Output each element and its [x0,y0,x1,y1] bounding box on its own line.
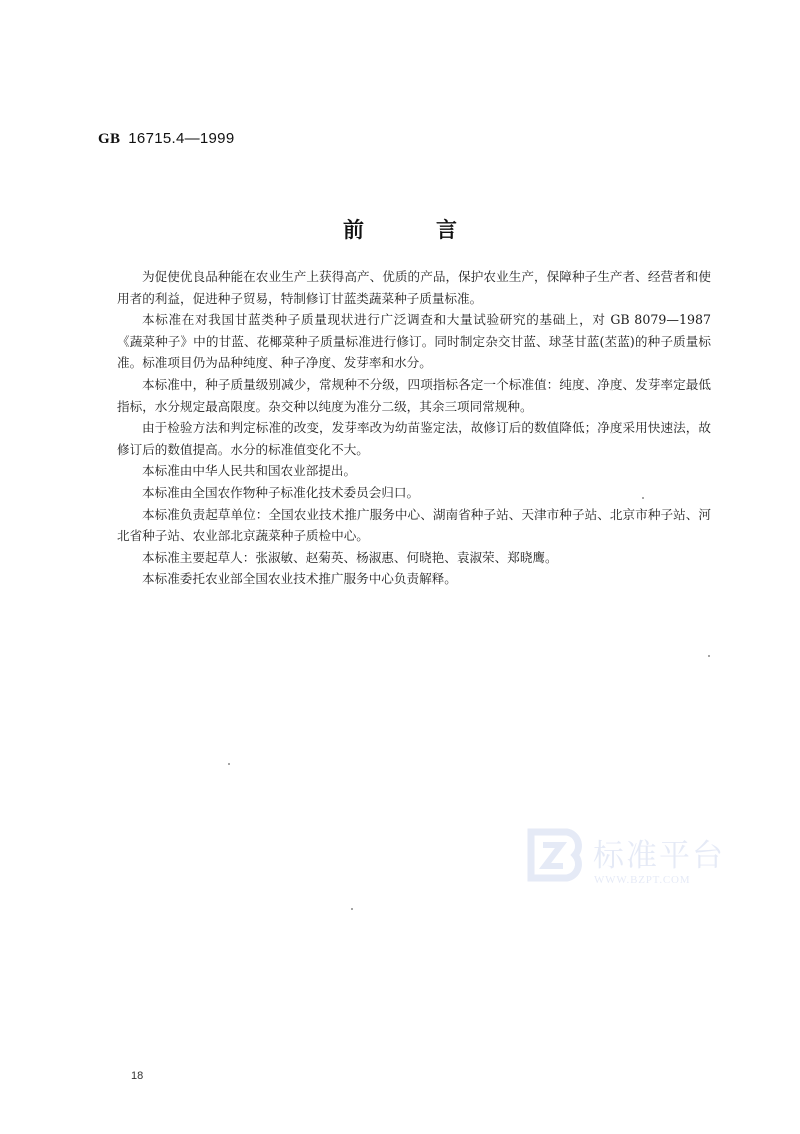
bzpt-logo-icon [527,828,585,882]
standard-prefix: GB [98,131,120,147]
paragraph-committee: 本标准由全国农作物种子标准化技术委员会归口。 [117,482,711,504]
paragraph-proposer: 本标准由中华人民共和国农业部提出。 [117,460,711,482]
title-char-1: 前 [343,214,364,244]
foreword-body: 为促使优良品种能在农业生产上获得高产、优质的产品，保护农业生产，保障种子生产者、… [117,266,711,590]
page-number: 18 [131,1070,143,1082]
scan-speck [642,497,644,499]
paragraph-purpose: 为促使优良品种能在农业生产上获得高产、优质的产品，保护农业生产，保障种子生产者、… [117,266,711,309]
watermark-text: 标准平台 [593,830,725,875]
paragraph-drafting-units: 本标准负责起草单位：全国农业技术推广服务中心、湖南省种子站、天津市种子站、北京市… [117,504,711,547]
watermark: 标准平台 WWW.BZPT.COM [527,828,747,898]
paragraph-method-changes: 由于检验方法和判定标准的改变，发芽率改为幼苗鉴定法，故修订后的数值降低；净度采用… [117,417,711,460]
paragraph-basis: 本标准在对我国甘蓝类种子质量现状进行广泛调查和大量试验研究的基础上，对 GB 8… [117,309,711,374]
paragraph-interpretation: 本标准委托农业部全国农业技术推广服务中心负责解释。 [117,568,711,590]
standard-code: GB16715.4—1999 [98,130,234,148]
watermark-url: WWW.BZPT.COM [594,874,690,886]
paragraph-drafters: 本标准主要起草人：张淑敏、赵菊英、杨淑惠、何晓艳、袁淑荣、郑晓鹰。 [117,547,711,569]
scan-speck [351,908,353,910]
standard-number: 16715.4—1999 [128,130,234,147]
scan-speck [228,763,230,765]
page-title: 前言 [0,214,800,244]
scan-speck [708,655,710,657]
title-char-2: 言 [436,214,457,244]
paragraph-grades: 本标准中，种子质量级别减少，常规种不分级，四项指标各定一个标准值：纯度、净度、发… [117,374,711,417]
